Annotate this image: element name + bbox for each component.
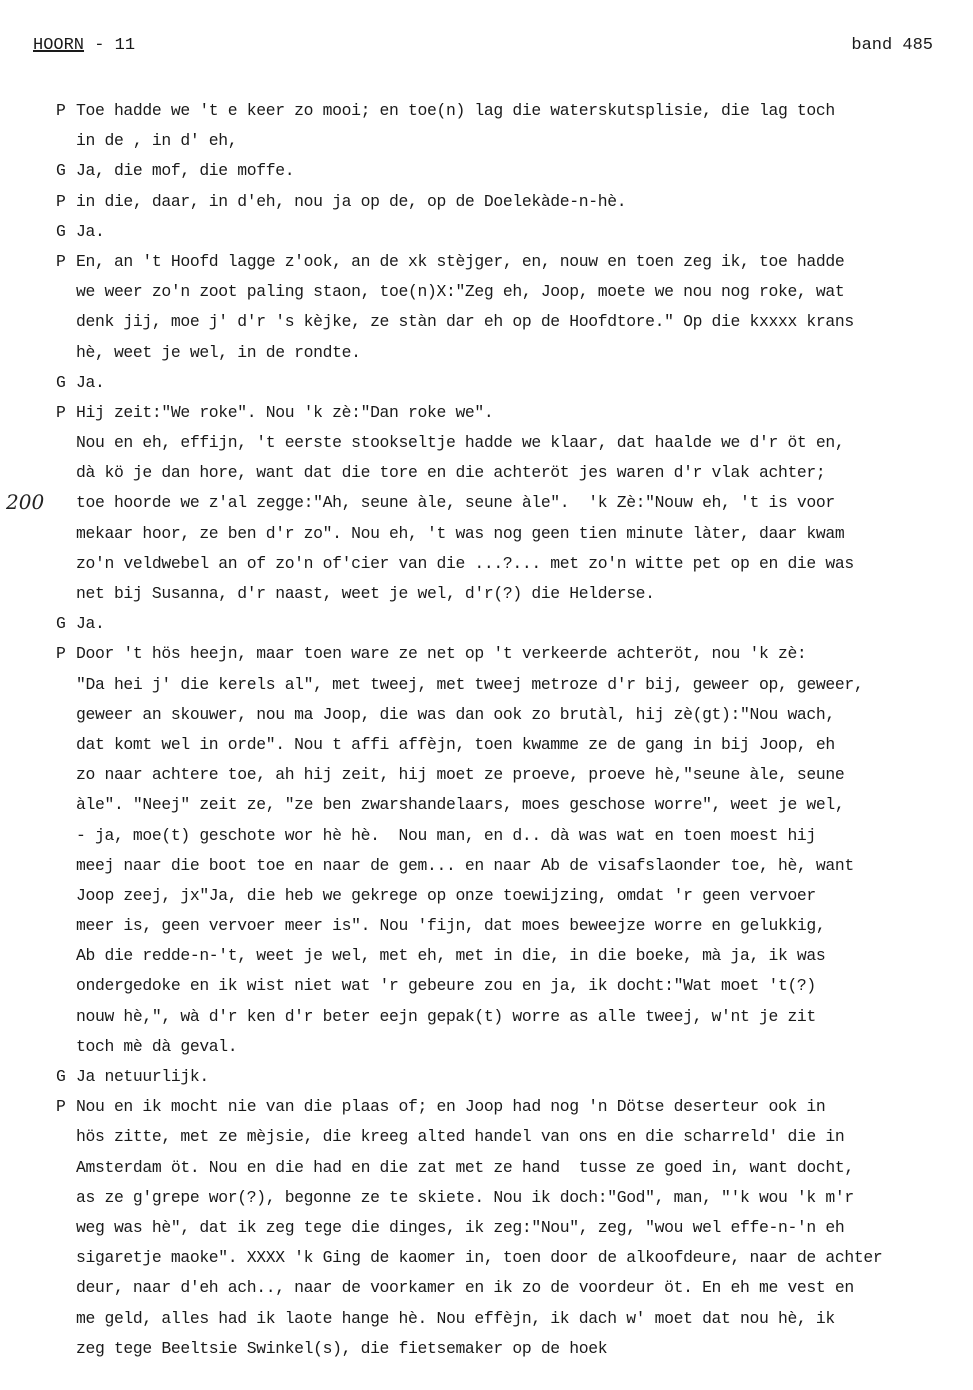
line-text: nouw hè,", wà d'r ken d'r beter eejn gep…	[76, 1007, 816, 1026]
transcript-line: PHij zeit:"We roke". Nou 'k zè:"Dan roke…	[56, 398, 971, 428]
line-text: Toe hadde we 't e keer zo mooi; en toe(n…	[76, 101, 835, 120]
transcript-line: PNou en ik mocht nie van die plaas of; e…	[56, 1092, 971, 1122]
speaker-label: G	[56, 217, 76, 247]
transcript-line: sigaretje maoke". XXXX 'k Ging de kaomer…	[56, 1243, 971, 1273]
line-text: in die, daar, in d'eh, nou ja op de, op …	[76, 192, 626, 211]
transcript-line: geweer an skouwer, nou ma Joop, die was …	[56, 700, 971, 730]
transcript-line: we weer zo'n zoot paling staon, toe(n)X:…	[56, 277, 971, 307]
transcript-line: in de , in d' eh,	[56, 126, 971, 156]
line-text: as ze g'grepe wor(?), begonne ze te skie…	[76, 1188, 854, 1207]
line-text: àle". "Neej" zeit ze, "ze ben zwarshande…	[76, 795, 844, 814]
line-text: me geld, alles had ik laote hange hè. No…	[76, 1309, 835, 1328]
tape-number: band 485	[851, 36, 933, 55]
line-text: deur, naar d'eh ach.., naar de voorkamer…	[76, 1278, 854, 1297]
line-text: Joop zeej, jx"Ja, die heb we gekrege op …	[76, 886, 816, 905]
line-text: weg was hè", dat ik zeg tege die dinges,…	[76, 1218, 844, 1237]
line-text: Nou en ik mocht nie van die plaas of; en…	[76, 1097, 825, 1116]
line-text: Ja netuurlijk.	[76, 1067, 209, 1086]
transcript-line: toch mè dà geval.	[56, 1032, 971, 1062]
line-text: meej naar die boot toe en naar de gem...…	[76, 856, 854, 875]
line-text: Nou en eh, effijn, 't eerste stookseltje…	[76, 433, 844, 452]
transcript-line: - ja, moe(t) geschote wor hè hè. Nou man…	[56, 821, 971, 851]
speaker-label: G	[56, 1062, 76, 1092]
transcript-line: toe hoorde we z'al zegge:"Ah, seune àle,…	[56, 488, 971, 518]
line-text: Ja.	[76, 373, 104, 392]
transcript-line: GJa netuurlijk.	[56, 1062, 971, 1092]
transcript-line: me geld, alles had ik laote hange hè. No…	[56, 1304, 971, 1334]
transcript-line: dat komt wel in orde". Nou t affi affèjn…	[56, 730, 971, 760]
speaker-label: P	[56, 187, 76, 217]
speaker-label: P	[56, 247, 76, 277]
transcript-line: GJa, die mof, die moffe.	[56, 156, 971, 186]
transcript-line: Joop zeej, jx"Ja, die heb we gekrege op …	[56, 881, 971, 911]
line-text: Ab die redde-n-'t, weet je wel, met eh, …	[76, 946, 825, 965]
transcript-line: net bij Susanna, d'r naast, weet je wel,…	[56, 579, 971, 609]
line-text: En, an 't Hoofd lagge z'ook, an de xk st…	[76, 252, 844, 271]
line-text: Ja.	[76, 614, 104, 633]
line-text: we weer zo'n zoot paling staon, toe(n)X:…	[76, 282, 844, 301]
transcript-line: deur, naar d'eh ach.., naar de voorkamer…	[56, 1273, 971, 1303]
handwritten-margin-note: 200	[6, 490, 44, 514]
speaker-label: G	[56, 368, 76, 398]
transcript-line: hè, weet je wel, in de rondte.	[56, 338, 971, 368]
line-text: dà kö je dan hore, want dat die tore en …	[76, 463, 825, 482]
line-text: Hij zeit:"We roke". Nou 'k zè:"Dan roke …	[76, 403, 493, 422]
line-text: zo naar achtere toe, ah hij zeit, hij mo…	[76, 765, 844, 784]
line-text: sigaretje maoke". XXXX 'k Ging de kaomer…	[76, 1248, 882, 1267]
line-text: net bij Susanna, d'r naast, weet je wel,…	[76, 584, 655, 603]
transcript-line: meej naar die boot toe en naar de gem...…	[56, 851, 971, 881]
place-name: HOORN	[33, 36, 84, 55]
line-text: ondergedoke en ik wist niet wat 'r gebeu…	[76, 976, 816, 995]
transcript-line: GJa.	[56, 217, 971, 247]
line-text: Door 't hös heejn, maar toen ware ze net…	[76, 644, 806, 663]
transcript-line: ondergedoke en ik wist niet wat 'r gebeu…	[56, 971, 971, 1001]
transcript-line: PToe hadde we 't e keer zo mooi; en toe(…	[56, 96, 971, 126]
line-text: Amsterdam öt. Nou en die had en die zat …	[76, 1158, 854, 1177]
line-text: geweer an skouwer, nou ma Joop, die was …	[76, 705, 835, 724]
document-header-left: HOORN - 11	[33, 36, 135, 55]
line-text: Ja, die mof, die moffe.	[76, 161, 294, 180]
line-text: zeg tege Beeltsie Swinkel(s), die fietse…	[76, 1339, 607, 1358]
transcript-line: as ze g'grepe wor(?), begonne ze te skie…	[56, 1183, 971, 1213]
line-text: - ja, moe(t) geschote wor hè hè. Nou man…	[76, 826, 816, 845]
transcript-line: nouw hè,", wà d'r ken d'r beter eejn gep…	[56, 1002, 971, 1032]
transcript-line: PDoor 't hös heejn, maar toen ware ze ne…	[56, 639, 971, 669]
transcript-line: meer is, geen vervoer meer is". Nou 'fij…	[56, 911, 971, 941]
speaker-label: P	[56, 1092, 76, 1122]
line-text: meer is, geen vervoer meer is". Nou 'fij…	[76, 916, 825, 935]
transcript-line: dà kö je dan hore, want dat die tore en …	[56, 458, 971, 488]
line-text: "Da hei j' die kerels al", met tweej, me…	[76, 675, 863, 694]
line-text: dat komt wel in orde". Nou t affi affèjn…	[76, 735, 835, 754]
transcript-line: Ab die redde-n-'t, weet je wel, met eh, …	[56, 941, 971, 971]
speaker-label: P	[56, 398, 76, 428]
speaker-label: P	[56, 639, 76, 669]
page-number: - 11	[84, 36, 135, 55]
transcript-line: GJa.	[56, 609, 971, 639]
transcript-line: denk jij, moe j' d'r 's kèjke, ze stàn d…	[56, 307, 971, 337]
line-text: denk jij, moe j' d'r 's kèjke, ze stàn d…	[76, 312, 854, 331]
transcript-line: mekaar hoor, ze ben d'r zo". Nou eh, 't …	[56, 519, 971, 549]
line-text: hös zitte, met ze mèjsie, die kreeg alte…	[76, 1127, 844, 1146]
speaker-label: P	[56, 96, 76, 126]
line-text: hè, weet je wel, in de rondte.	[76, 343, 361, 362]
transcript-line: zeg tege Beeltsie Swinkel(s), die fietse…	[56, 1334, 971, 1364]
transcript-line: "Da hei j' die kerels al", met tweej, me…	[56, 670, 971, 700]
transcript-line: zo'n veldwebel an of zo'n of'cier van di…	[56, 549, 971, 579]
line-text: toe hoorde we z'al zegge:"Ah, seune àle,…	[76, 493, 835, 512]
line-text: mekaar hoor, ze ben d'r zo". Nou eh, 't …	[76, 524, 844, 543]
transcript-line: Amsterdam öt. Nou en die had en die zat …	[56, 1153, 971, 1183]
speaker-label: G	[56, 156, 76, 186]
transcript-line: weg was hè", dat ik zeg tege die dinges,…	[56, 1213, 971, 1243]
line-text: zo'n veldwebel an of zo'n of'cier van di…	[76, 554, 854, 573]
transcript-line: zo naar achtere toe, ah hij zeit, hij mo…	[56, 760, 971, 790]
transcript-body: PToe hadde we 't e keer zo mooi; en toe(…	[56, 96, 971, 1364]
line-text: in de , in d' eh,	[76, 131, 237, 150]
line-text: toch mè dà geval.	[76, 1037, 237, 1056]
speaker-label: G	[56, 609, 76, 639]
transcript-line: Pin die, daar, in d'eh, nou ja op de, op…	[56, 187, 971, 217]
transcript-line: PEn, an 't Hoofd lagge z'ook, an de xk s…	[56, 247, 971, 277]
line-text: Ja.	[76, 222, 104, 241]
transcript-line: GJa.	[56, 368, 971, 398]
transcript-line: àle". "Neej" zeit ze, "ze ben zwarshande…	[56, 790, 971, 820]
transcript-line: Nou en eh, effijn, 't eerste stookseltje…	[56, 428, 971, 458]
transcript-line: hös zitte, met ze mèjsie, die kreeg alte…	[56, 1122, 971, 1152]
